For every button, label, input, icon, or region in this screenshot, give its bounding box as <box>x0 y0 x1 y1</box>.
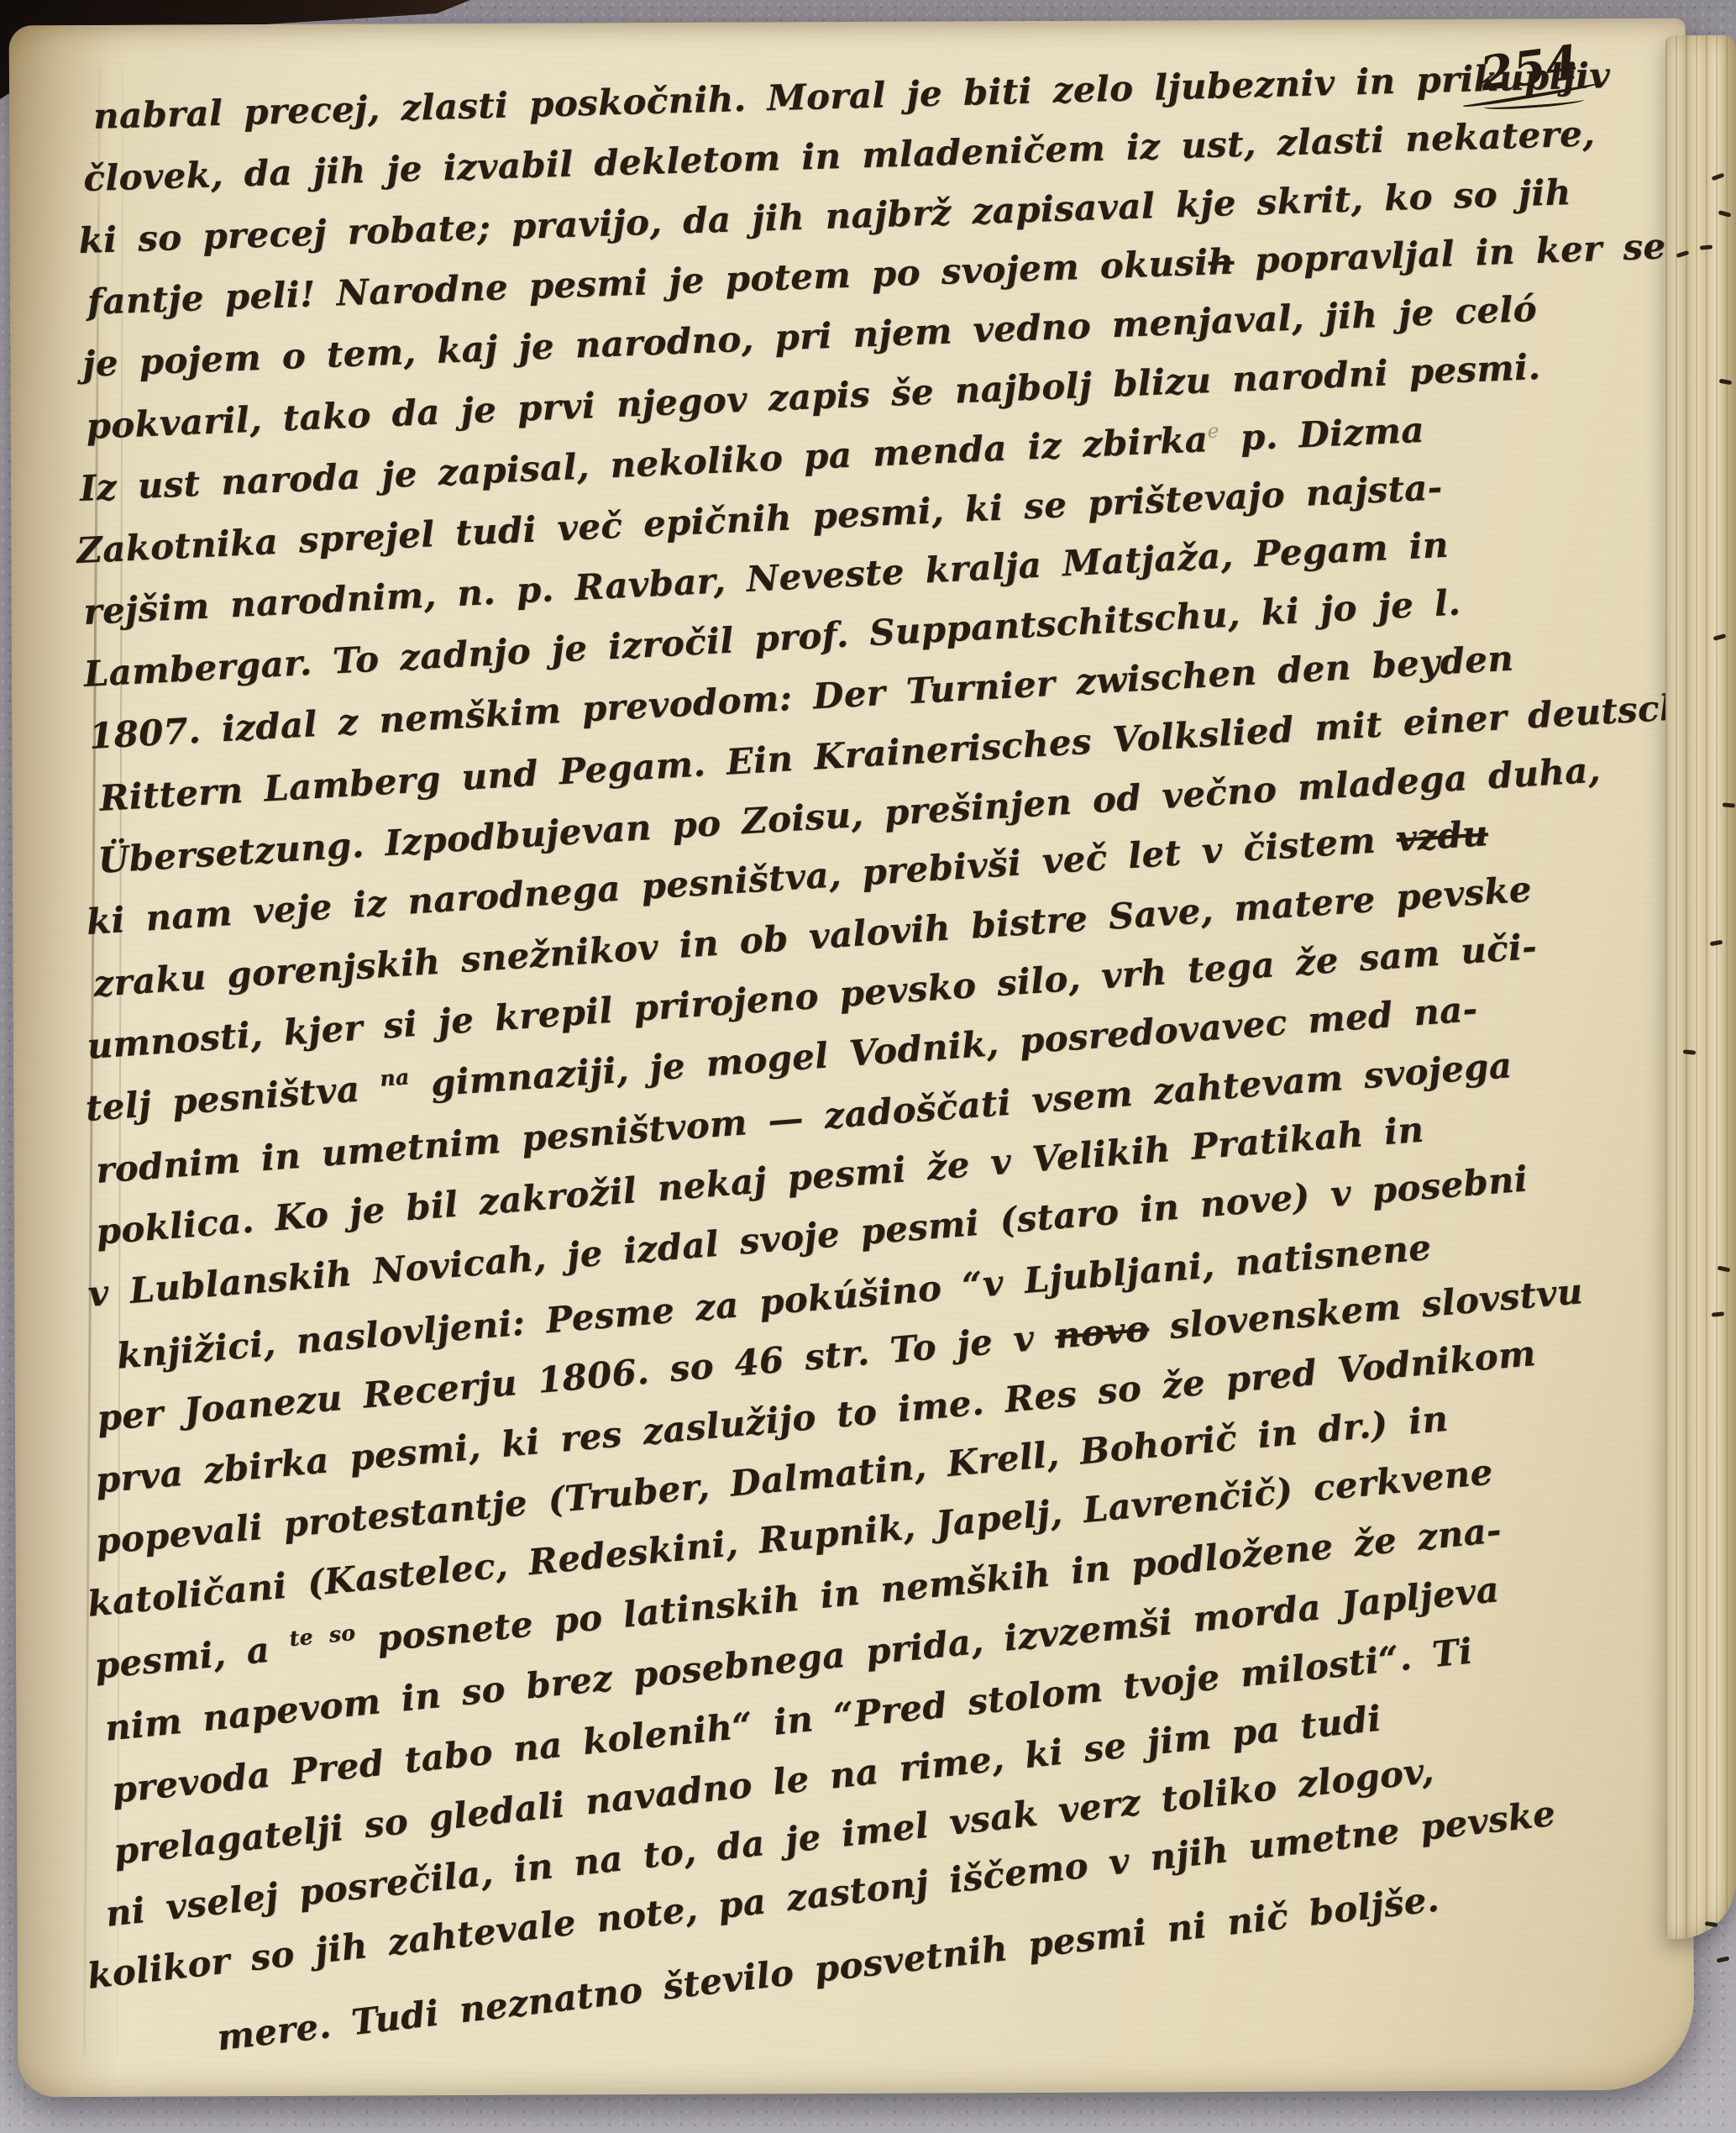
handwriting-segment: p. Dizma <box>1219 409 1425 460</box>
handwritten-text-block: nabral precej, zlasti poskočnih. Moral j… <box>75 89 1662 2078</box>
struck-out-word: novo <box>1053 1307 1151 1356</box>
handwriting-segment: popravljal in ker se <box>1233 225 1666 281</box>
inserted-word: e <box>1207 420 1219 443</box>
struck-out-word: vzdu <box>1395 812 1489 859</box>
inserted-word: na <box>379 1064 410 1090</box>
struck-out-word: h <box>1207 241 1235 283</box>
handwriting-segment: telj pesništva <box>84 1067 382 1129</box>
inserted-word: te so <box>288 1619 356 1650</box>
handwriting-segment: pesmi, a <box>92 1626 292 1686</box>
page-edge-stack <box>1665 35 1736 1939</box>
manuscript-page: 254 nabral precej, zlasti poskočnih. Mor… <box>9 18 1695 2098</box>
